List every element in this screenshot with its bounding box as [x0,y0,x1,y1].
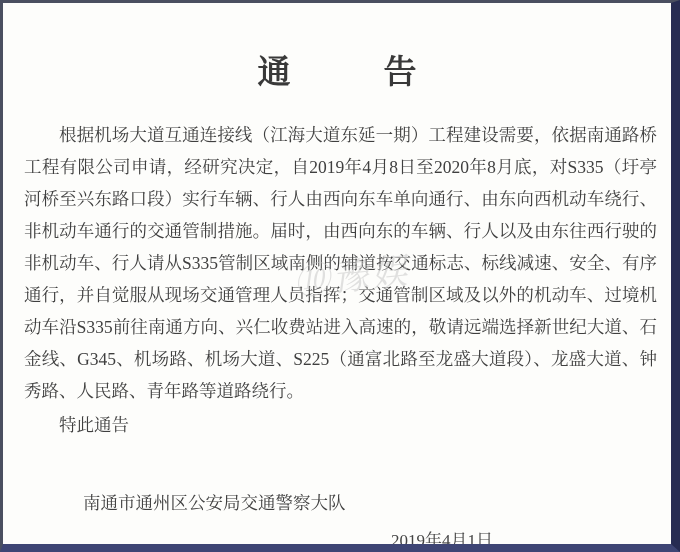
agency-signature: 南通市通州区公安局交通警察大队 [83,491,671,515]
notice-page: 通 告 根据机场大道互通连接线（江海大道东延一期）工程建设需要，依据南通路桥工程… [0,0,680,552]
notice-date: 2019年4月1日 [391,529,671,552]
notice-title: 通 告 [228,46,447,93]
notice-closing-line: 特此通告 [24,409,657,441]
notice-title-row: 通 告 [3,46,671,93]
notice-body-paragraph: 根据机场大道互通连接线（江海大道东延一期）工程建设需要，依据南通路桥工程有限公司… [24,119,657,407]
